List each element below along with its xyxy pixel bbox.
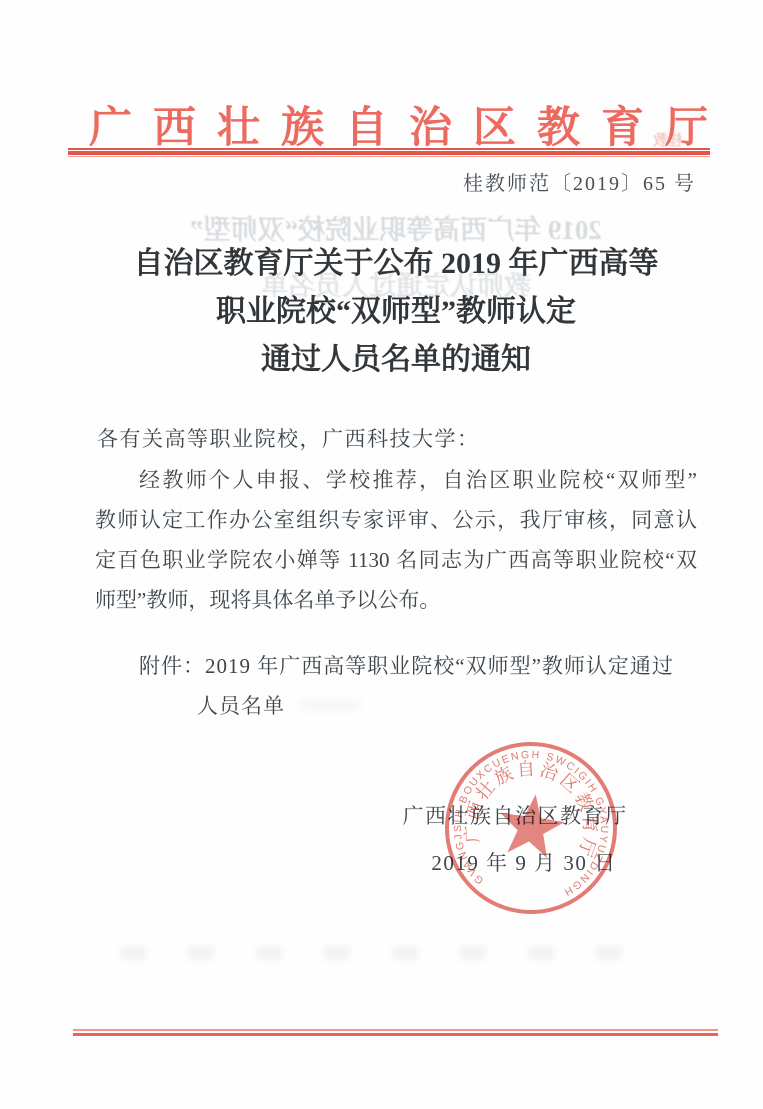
document-number: 桂教师范〔2019〕65 号 xyxy=(0,167,710,196)
body-paragraph-line: 定百色职业学院农小婵等 1130 名同志为广西高等职业院校“双 xyxy=(95,540,697,580)
divider-line-light xyxy=(68,156,710,157)
footer-rule-thick xyxy=(73,1033,718,1036)
document-title: 自治区教育厅关于公布 2019 年广西高等 职业院校“双师型”教师认定 通过人员… xyxy=(95,240,697,384)
body-paragraph-line: 教师认定工作办公室组织专家评审、公示，我厅审核，同意认 xyxy=(95,500,697,540)
document-title-line2: 职业院校“双师型”教师认定 xyxy=(95,288,697,336)
scan-smudge xyxy=(120,946,660,960)
document-page: 2019 年广西高等职业院校“双师型” 教师认定通过人员名单 桂教 广西壮族自治… xyxy=(0,0,763,1109)
letterhead-org-name: 广西壮族自治区教育厅 xyxy=(68,94,710,155)
body-paragraph-line: 师型”教师，现将具体名单予以公布。 xyxy=(95,580,697,620)
official-seal: GVANGJSIH BOUXCUENGH SWCIGIH GYAUYUZDING… xyxy=(431,728,631,928)
attachment-note: 附件：2019 年广西高等职业院校“双师型”教师认定通过 人员名单 xyxy=(139,646,699,726)
attachment-line1: 附件：2019 年广西高等职业院校“双师型”教师认定通过 xyxy=(139,646,699,686)
body-paragraph-line: 经教师个人申报、学校推荐，自治区职业院校“双师型” xyxy=(95,460,697,500)
body-paragraph: 经教师个人申报、学校推荐，自治区职业院校“双师型” 教师认定工作办公室组织专家评… xyxy=(95,460,697,620)
document-title-line1: 自治区教育厅关于公布 2019 年广西高等 xyxy=(95,240,697,288)
letterhead-divider xyxy=(68,148,710,157)
star-icon xyxy=(495,790,568,860)
page-footer-rule xyxy=(73,1029,718,1036)
salutation: 各有关高等职业院校，广西科技大学： xyxy=(97,423,697,453)
document-title-line3: 通过人员名单的通知 xyxy=(95,336,697,384)
attachment-line2: 人员名单 xyxy=(139,686,699,726)
